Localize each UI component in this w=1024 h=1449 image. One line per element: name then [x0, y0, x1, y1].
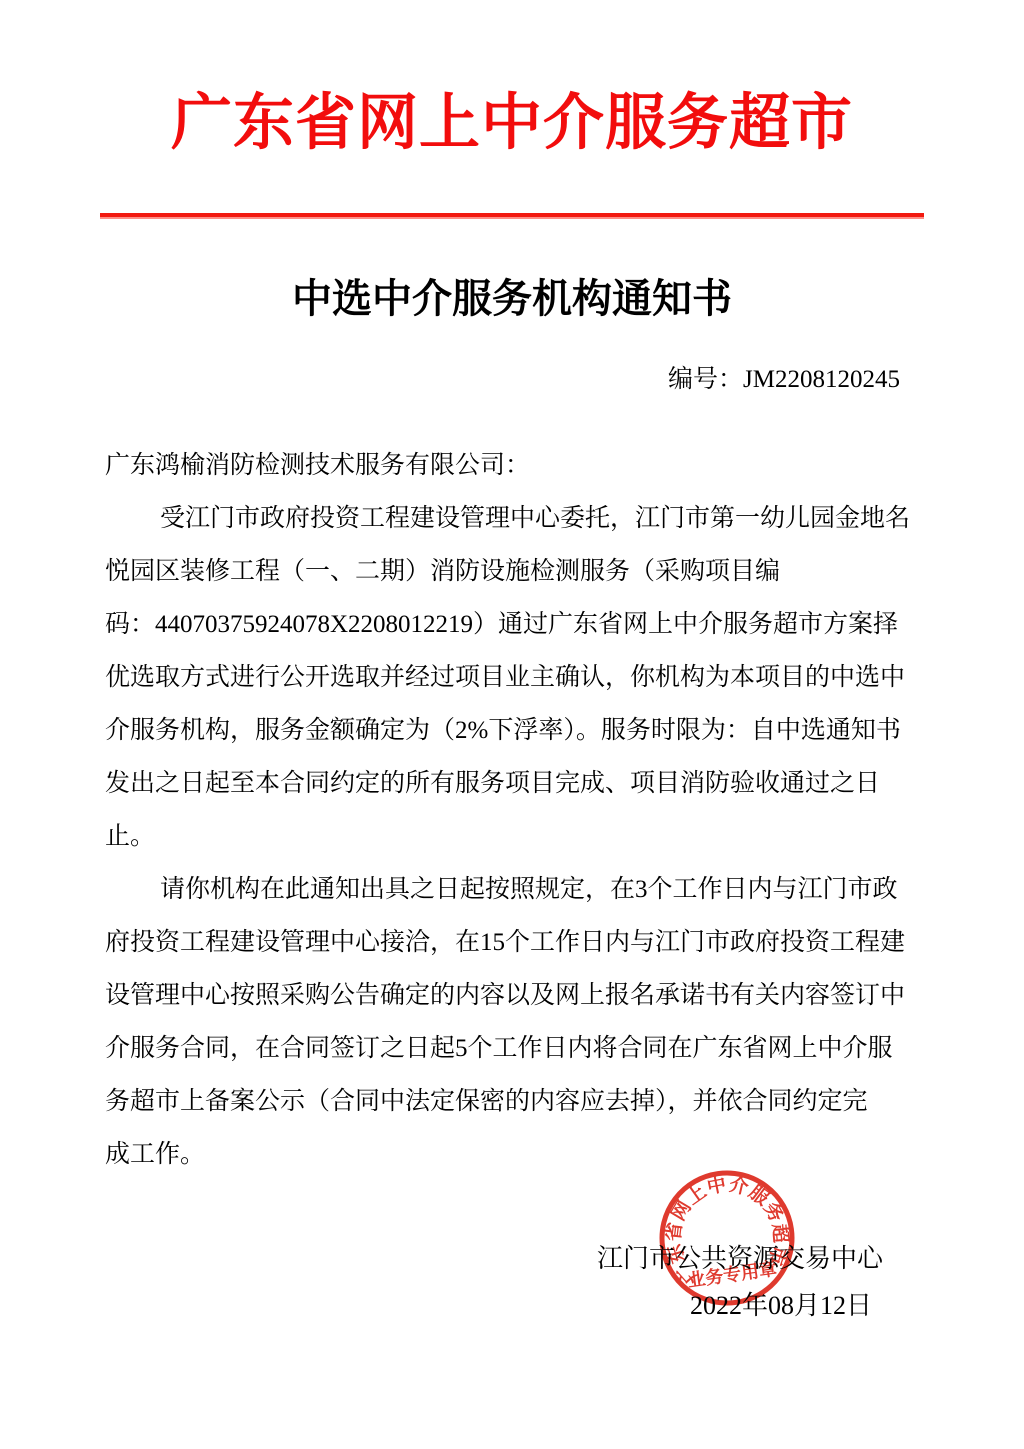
paragraph-line: 码：44070375924078X2208012219）通过广东省网上中介服务超… [105, 598, 924, 651]
letterhead-title: 广东省网上中介服务超市 [0, 0, 1024, 164]
paragraph-line: 介服务合同，在合同签订之日起5个工作日内将合同在广东省网上中介服 [105, 1022, 924, 1075]
paragraph-line: 发出之日起至本合同约定的所有服务项目完成、项目消防验收通过之日 [105, 757, 924, 810]
seal-group: 广东省网上中介服务超市 业务专用章 [653, 1164, 801, 1311]
letterhead-divider [100, 213, 924, 219]
paragraph-line: 请你机构在此通知出具之日起按照规定，在3个工作日内与江门市政 [105, 863, 924, 916]
document-title: 中选中介服务机构通知书 [0, 275, 1024, 323]
paragraph-1: 受江门市政府投资工程建设管理中心委托，江门市第一幼儿园金地名 悦园区装修工程（一… [105, 492, 924, 863]
paragraph-2: 请你机构在此通知出具之日起按照规定，在3个工作日内与江门市政 府投资工程建设管理… [105, 863, 924, 1181]
document-page: 广东省网上中介服务超市 中选中介服务机构通知书 编号：JM2208120245 … [0, 0, 1024, 1449]
paragraph-line: 介服务机构，服务金额确定为（2%下浮率）。服务时限为：自中选通知书 [105, 704, 924, 757]
paragraph-line: 府投资工程建设管理中心接洽，在15个工作日内与江门市政府投资工程建 [105, 916, 924, 969]
paragraph-line: 优选取方式进行公开选取并经过项目业主确认，你机构为本项目的中选中 [105, 651, 924, 704]
salutation-line: 广东鸿榆消防检测技术服务有限公司： [105, 439, 924, 492]
paragraph-line: 悦园区装修工程（一、二期）消防设施检测服务（采购项目编 [105, 545, 924, 598]
paragraph-line: 受江门市政府投资工程建设管理中心委托，江门市第一幼儿园金地名 [105, 492, 924, 545]
document-number-label: 编号： [668, 366, 743, 393]
letter-body: 广东鸿榆消防检测技术服务有限公司： 受江门市政府投资工程建设管理中心委托，江门市… [105, 439, 924, 1181]
document-number-row: 编号：JM2208120245 [0, 365, 1024, 395]
document-number-value: JM2208120245 [743, 366, 900, 393]
official-seal: 广东省网上中介服务超市 业务专用章 [641, 1152, 813, 1324]
paragraph-line: 务超市上备案公示（合同中法定保密的内容应去掉），并依合同约定完 [105, 1075, 924, 1128]
seal-bottom-text: 业务专用章 [686, 1257, 778, 1290]
paragraph-line: 止。 [105, 810, 924, 863]
paragraph-line: 设管理中心按照采购公告确定的内容以及网上报名承诺书有关内容签订中 [105, 969, 924, 1022]
